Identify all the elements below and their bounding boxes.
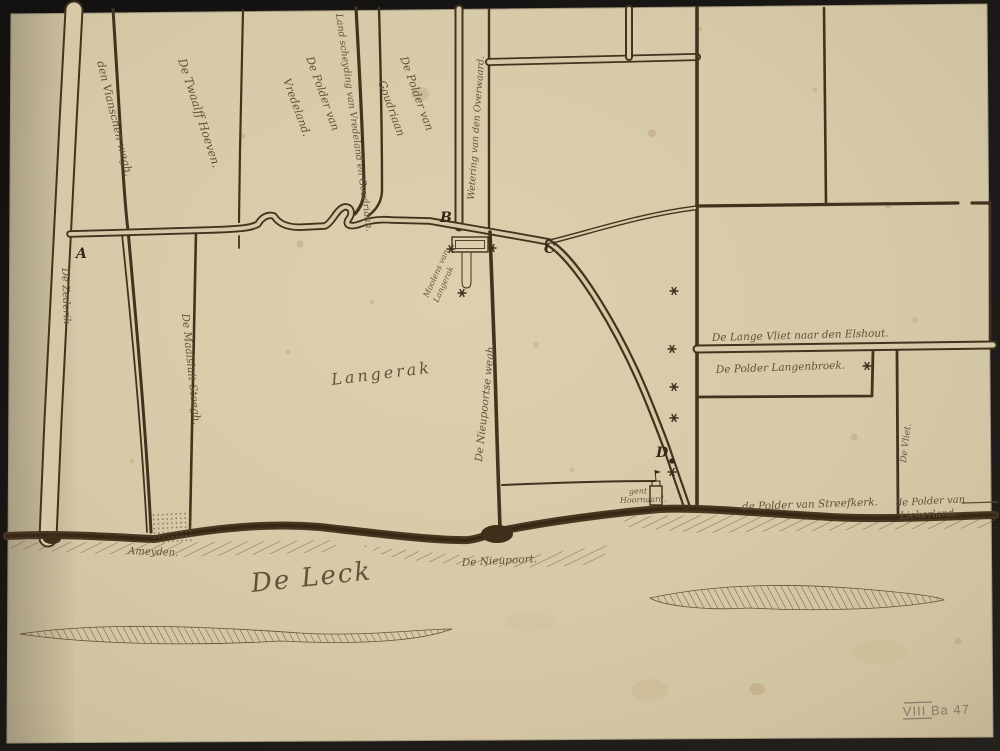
label-zederik: De Zederik	[59, 267, 72, 325]
label-hoornaard-2: Hoornaard.	[619, 494, 667, 505]
map-canvas: den Vianschen wegh. De Twaalff Hoeven. D…	[0, 0, 1000, 751]
label-ameyden: Ameyden.	[127, 546, 179, 559]
scanned-map-page: den Vianschen wegh. De Twaalff Hoeven. D…	[0, 0, 1000, 751]
point-a-letter: A	[74, 246, 87, 262]
shelfmark-group: VIII Ba 47	[903, 702, 971, 719]
shelfmark-text: VIII Ba 47	[903, 702, 971, 719]
ameyden-village-stipple	[152, 511, 192, 543]
town-blob-icon	[481, 525, 513, 543]
point-b-letter: B	[439, 210, 452, 226]
point-d-letter: D	[655, 445, 669, 461]
point-d-dot	[669, 458, 674, 463]
streefkerk-liekerland-boundary	[897, 351, 898, 514]
point-c-letter: C	[544, 241, 555, 257]
